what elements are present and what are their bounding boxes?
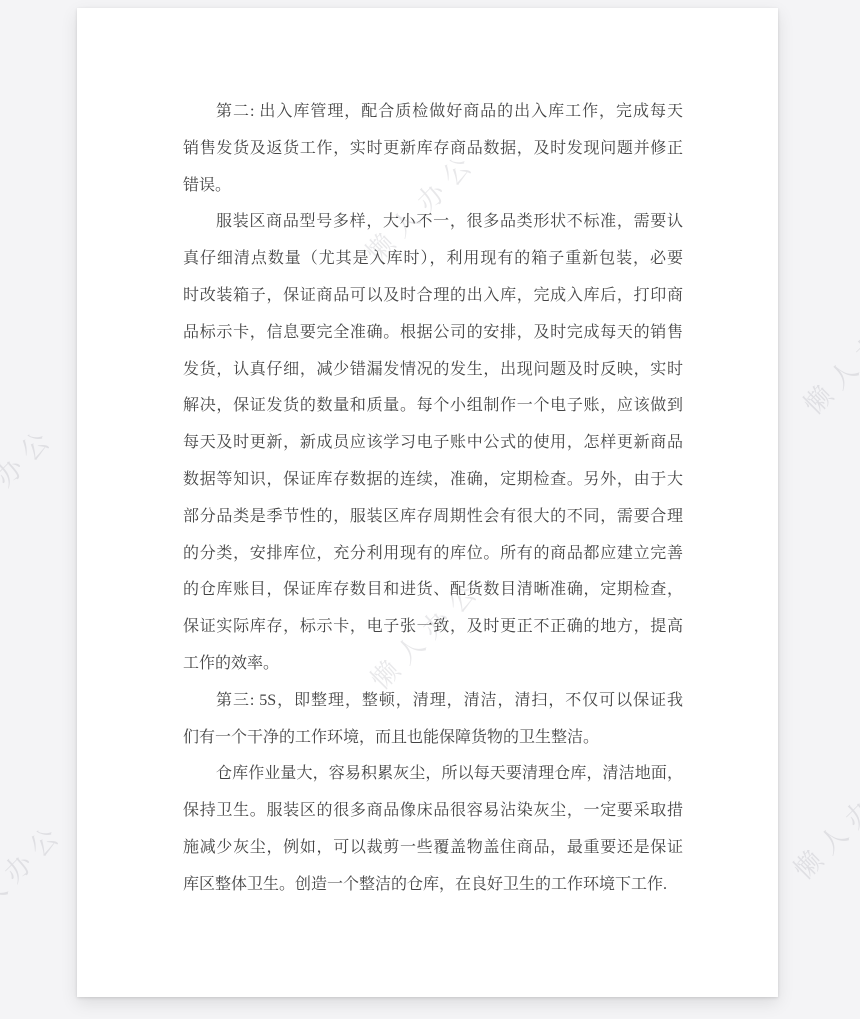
text-line: 工作的效率。 <box>183 646 683 683</box>
text-line: 真仔细清点数量（尤其是入库时），利用现有的箱子重新包装，必要 <box>183 241 683 278</box>
paragraph: 仓库作业量大，容易积累灰尘，所以每天要清理仓库，清洁地面，保持卫生。服装区的很多… <box>183 756 683 903</box>
canvas-background: { "page": { "background_color": "#f4f4f6… <box>0 0 860 1019</box>
watermark-text: 懒人办公 <box>793 292 860 421</box>
text-line: 的分类，安排库位，充分利用现有的库位。所有的商品都应建立完善 <box>183 536 683 573</box>
text-line: 第三: 5S，即整理，整顿，清理，清洁，清扫，不仅可以保证我 <box>183 683 683 720</box>
text-line: 库区整体卫生。创造一个整洁的仓库，在良好卫生的工作环境下工作. <box>183 867 683 904</box>
text-line: 保持卫生。服装区的很多商品像床品很容易沾染灰尘，一定要采取措 <box>183 793 683 830</box>
text-line: 服装区商品型号多样，大小不一，很多品类形状不标准，需要认 <box>183 204 683 241</box>
text-line: 第二: 出入库管理，配合质检做好商品的出入库工作，完成每天 <box>183 94 683 131</box>
watermark-text: 懒人办公 <box>0 415 63 544</box>
document-content: 第二: 出入库管理，配合质检做好商品的出入库工作，完成每天销售发货及返货工作，实… <box>183 94 683 904</box>
watermark-text: 懒人办公 <box>783 757 860 886</box>
paragraph: 第三: 5S，即整理，整顿，清理，清洁，清扫，不仅可以保证我们有一个干净的工作环… <box>183 683 683 757</box>
text-line: 每天及时更新，新成员应该学习电子账中公式的使用，怎样更新商品 <box>183 425 683 462</box>
text-line: 保证实际库存，标示卡，电子张一致，及时更正不正确的地方，提高 <box>183 609 683 646</box>
text-line: 施减少灰尘，例如，可以裁剪一些覆盖物盖住商品，最重要还是保证 <box>183 830 683 867</box>
text-line: 品标示卡，信息要完全准确。根据公司的安排，及时完成每天的销售 <box>183 315 683 352</box>
text-line: 解决，保证发货的数量和质量。每个小组制作一个电子账，应该做到 <box>183 388 683 425</box>
text-line: 数据等知识，保证库存数据的连续，准确，定期检查。另外，由于大 <box>183 462 683 499</box>
text-line: 销售发货及返货工作，实时更新库存商品数据，及时发现问题并修正 <box>183 131 683 168</box>
text-line: 仓库作业量大，容易积累灰尘，所以每天要清理仓库，清洁地面， <box>183 756 683 793</box>
watermark-text: 懒人办公 <box>0 811 72 940</box>
text-line: 们有一个干净的工作环境，而且也能保障货物的卫生整洁。 <box>183 720 683 757</box>
text-line: 发货，认真仔细，减少错漏发情况的发生，出现问题及时反映，实时 <box>183 352 683 389</box>
document-page: 第二: 出入库管理，配合质检做好商品的出入库工作，完成每天销售发货及返货工作，实… <box>77 8 778 997</box>
paragraph: 服装区商品型号多样，大小不一，很多品类形状不标准，需要认真仔细清点数量（尤其是入… <box>183 204 683 682</box>
text-line: 错误。 <box>183 168 683 205</box>
text-line: 部分品类是季节性的，服装区库存周期性会有很大的不同，需要合理 <box>183 499 683 536</box>
text-line: 的仓库账目，保证库存数目和进货、配货数目清晰准确，定期检查， <box>183 572 683 609</box>
text-line: 时改装箱子，保证商品可以及时合理的出入库，完成入库后，打印商 <box>183 278 683 315</box>
paragraph: 第二: 出入库管理，配合质检做好商品的出入库工作，完成每天销售发货及返货工作，实… <box>183 94 683 204</box>
